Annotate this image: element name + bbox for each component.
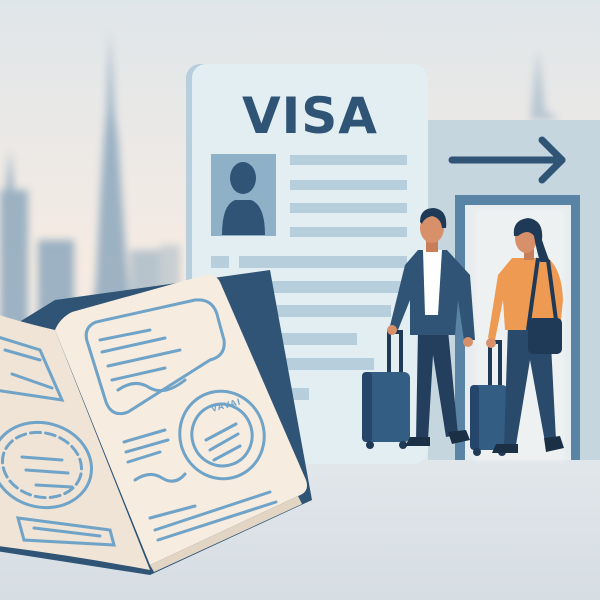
visa-travel-illustration: VISA: [0, 0, 600, 600]
photo-box: [211, 154, 276, 236]
visa-title: VISA: [242, 87, 378, 145]
